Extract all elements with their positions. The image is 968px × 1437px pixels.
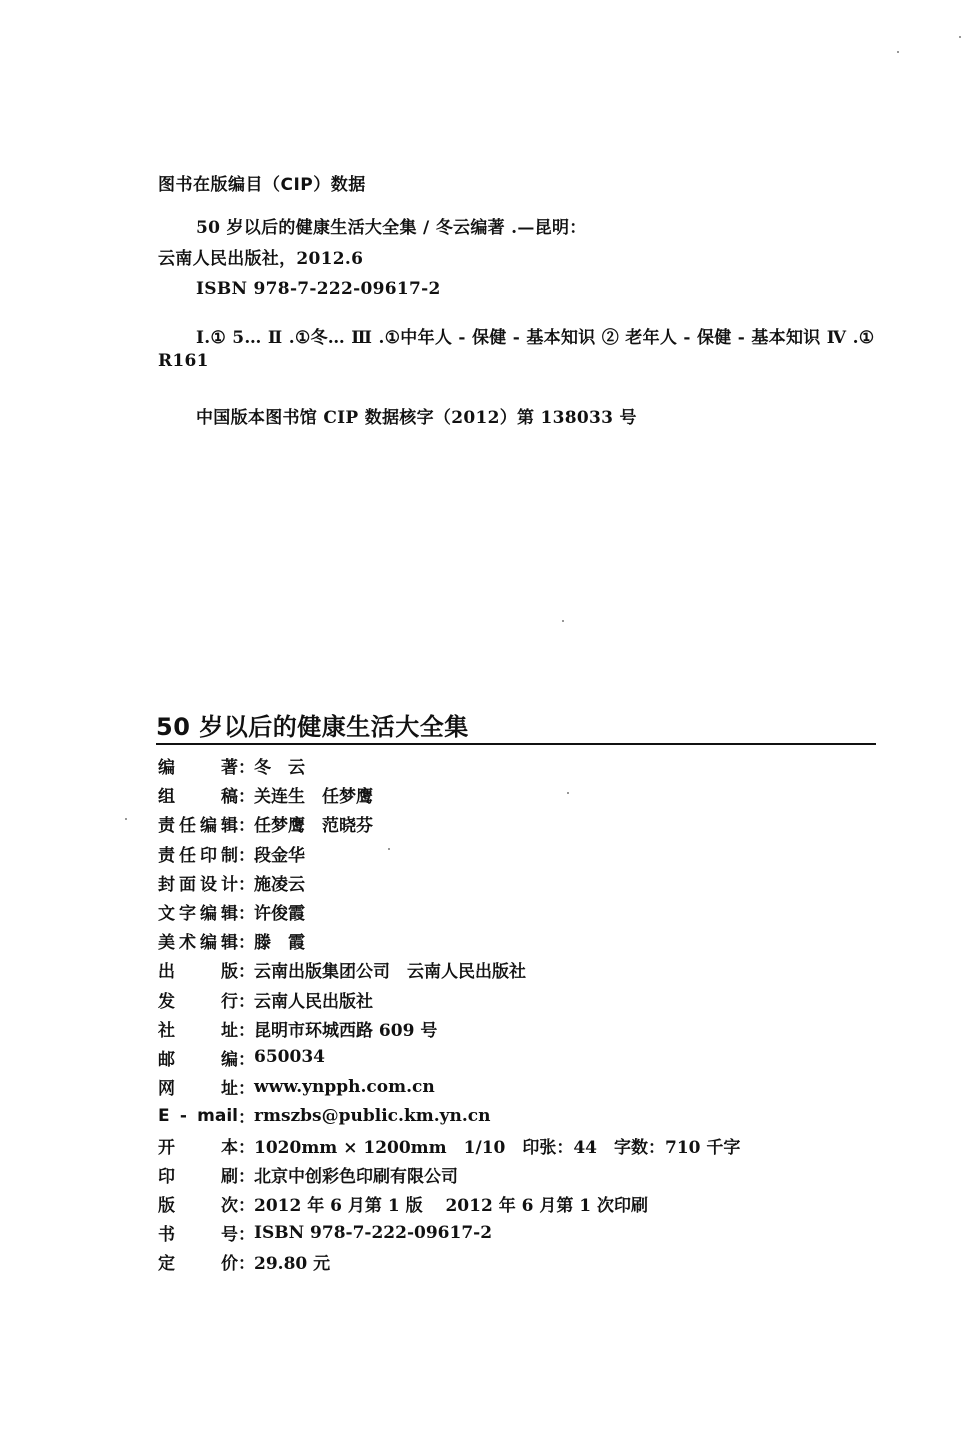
cip-entry-line-2: 云南人民出版社，2012.6 [158, 244, 363, 269]
colophon-value: 任梦鹰 范晓芬 [254, 811, 373, 836]
cip-classification: Ⅰ.① 5… Ⅱ .①冬… Ⅲ .①中年人 - 保健 - 基本知识 ② 老年人 … [158, 327, 878, 373]
colophon-value: 许俊霞 [254, 899, 305, 924]
colophon-value: 云南出版集团公司 云南人民出版社 [254, 957, 526, 982]
cip-heading: 图书在版编目（CIP）数据 [158, 170, 366, 195]
colophon-label: 美术编辑 [158, 928, 238, 953]
colon: ： [238, 1162, 254, 1187]
scan-speck [562, 620, 564, 622]
colon: ： [238, 957, 254, 982]
colophon-value: 云南人民出版社 [254, 987, 373, 1012]
colophon-value: 1020mm × 1200mm 1/10 印张：44 字数：710 千字 [254, 1133, 740, 1158]
colophon-label: 版次 [158, 1191, 238, 1216]
scan-speck [567, 792, 569, 794]
scan-speck [959, 36, 961, 38]
colophon-row-acquisition: 组稿：关连生 任梦鹰 [158, 780, 878, 809]
colon: ： [238, 1016, 254, 1041]
colophon-row-isbn: 书号：ISBN 978-7-222-09617-2 [158, 1218, 878, 1247]
colophon-row-responsible-editor: 责任编辑：任梦鹰 范晓芬 [158, 809, 878, 838]
colophon-row-print-supervisor: 责任印制：段金华 [158, 839, 878, 868]
colophon-value: 施凌云 [254, 870, 305, 895]
colophon-label: 责任印制 [158, 841, 238, 866]
scan-speck [897, 51, 899, 53]
colophon-row-price: 定价：29.80 元 [158, 1247, 878, 1276]
colophon-label: 社址 [158, 1016, 238, 1041]
colophon-label: 责任编辑 [158, 811, 238, 836]
colon: ： [238, 1220, 254, 1245]
colon: ： [238, 1074, 254, 1099]
colophon-label: 开本 [158, 1133, 238, 1158]
colophon-value: www.ynpph.com.cn [254, 1077, 435, 1097]
colophon-row-art-editor: 美术编辑：滕 霞 [158, 926, 878, 955]
colophon-row-text-editor: 文字编辑：许俊霞 [158, 897, 878, 926]
colophon-value: 关连生 任梦鹰 [254, 782, 373, 807]
colophon-label: 编著 [158, 753, 238, 778]
colon: ： [238, 841, 254, 866]
colophon-row-edition: 版次：2012 年 6 月第 1 版 2012 年 6 月第 1 次印刷 [158, 1189, 878, 1218]
colophon-label: 文字编辑 [158, 899, 238, 924]
colophon-label: 定价 [158, 1249, 238, 1274]
colon: ： [238, 1045, 254, 1070]
colon: ： [238, 870, 254, 895]
colon: ： [238, 1103, 254, 1128]
colophon-row-postcode: 邮编：650034 [158, 1043, 878, 1072]
colophon-value: 冬 云 [254, 753, 305, 778]
colon: ： [238, 1133, 254, 1158]
colophon-label: 印刷 [158, 1162, 238, 1187]
cip-isbn: ISBN 978-7-222-09617-2 [196, 279, 441, 299]
colon: ： [238, 899, 254, 924]
colophon-label: 网址 [158, 1074, 238, 1099]
colophon-label: 发行 [158, 987, 238, 1012]
copyright-page: 图书在版编目（CIP）数据 50 岁以后的健康生活大全集 / 冬云编著 .—昆明… [0, 0, 968, 1437]
colophon-value: 滕 霞 [254, 928, 305, 953]
colophon-row-editor: 编著：冬 云 [158, 751, 878, 780]
title-rule-divider [156, 743, 876, 745]
scan-speck [388, 848, 390, 850]
colophon-label: 组稿 [158, 782, 238, 807]
colon: ： [238, 1249, 254, 1274]
colophon-row-distributor: 发行：云南人民出版社 [158, 985, 878, 1014]
colophon-row-website: 网址：www.ynpph.com.cn [158, 1072, 878, 1101]
book-title: 50 岁以后的健康生活大全集 [156, 707, 469, 742]
colophon-value: 650034 [254, 1047, 325, 1067]
colophon-row-cover-design: 封面设计：施凌云 [158, 868, 878, 897]
colophon-label: 邮编 [158, 1045, 238, 1070]
colophon-list: 编著：冬 云 组稿：关连生 任梦鹰 责任编辑：任梦鹰 范晓芬 责任印制：段金华 … [158, 751, 878, 1276]
scan-speck [125, 818, 127, 820]
colon: ： [238, 1191, 254, 1216]
colophon-value: 2012 年 6 月第 1 版 2012 年 6 月第 1 次印刷 [254, 1191, 648, 1216]
cip-verification-number: 中国版本图书馆 CIP 数据核字（2012）第 138033 号 [196, 403, 637, 428]
colophon-row-email: E - mail：rmszbs@public.km.yn.cn [158, 1101, 878, 1130]
colon: ： [238, 811, 254, 836]
colophon-label: 封面设计 [158, 870, 238, 895]
colophon-label: 出版 [158, 957, 238, 982]
colophon-row-address: 社址：昆明市环城西路 609 号 [158, 1014, 878, 1043]
colon: ： [238, 987, 254, 1012]
colophon-value: 北京中创彩色印刷有限公司 [254, 1162, 458, 1187]
colophon-value: ISBN 978-7-222-09617-2 [254, 1223, 492, 1243]
colophon-value: 段金华 [254, 841, 305, 866]
colophon-label: E - mail [158, 1106, 238, 1126]
colophon-label: 书号 [158, 1220, 238, 1245]
colophon-value: 昆明市环城西路 609 号 [254, 1016, 437, 1041]
colophon-row-publisher: 出版：云南出版集团公司 云南人民出版社 [158, 955, 878, 984]
colon: ： [238, 753, 254, 778]
colon: ： [238, 928, 254, 953]
colophon-row-format: 开本：1020mm × 1200mm 1/10 印张：44 字数：710 千字 [158, 1130, 878, 1159]
colon: ： [238, 782, 254, 807]
colophon-row-printer: 印刷：北京中创彩色印刷有限公司 [158, 1160, 878, 1189]
colophon-value: rmszbs@public.km.yn.cn [254, 1106, 491, 1126]
colophon-value: 29.80 元 [254, 1249, 330, 1274]
cip-entry-line-1: 50 岁以后的健康生活大全集 / 冬云编著 .—昆明： [196, 213, 587, 238]
